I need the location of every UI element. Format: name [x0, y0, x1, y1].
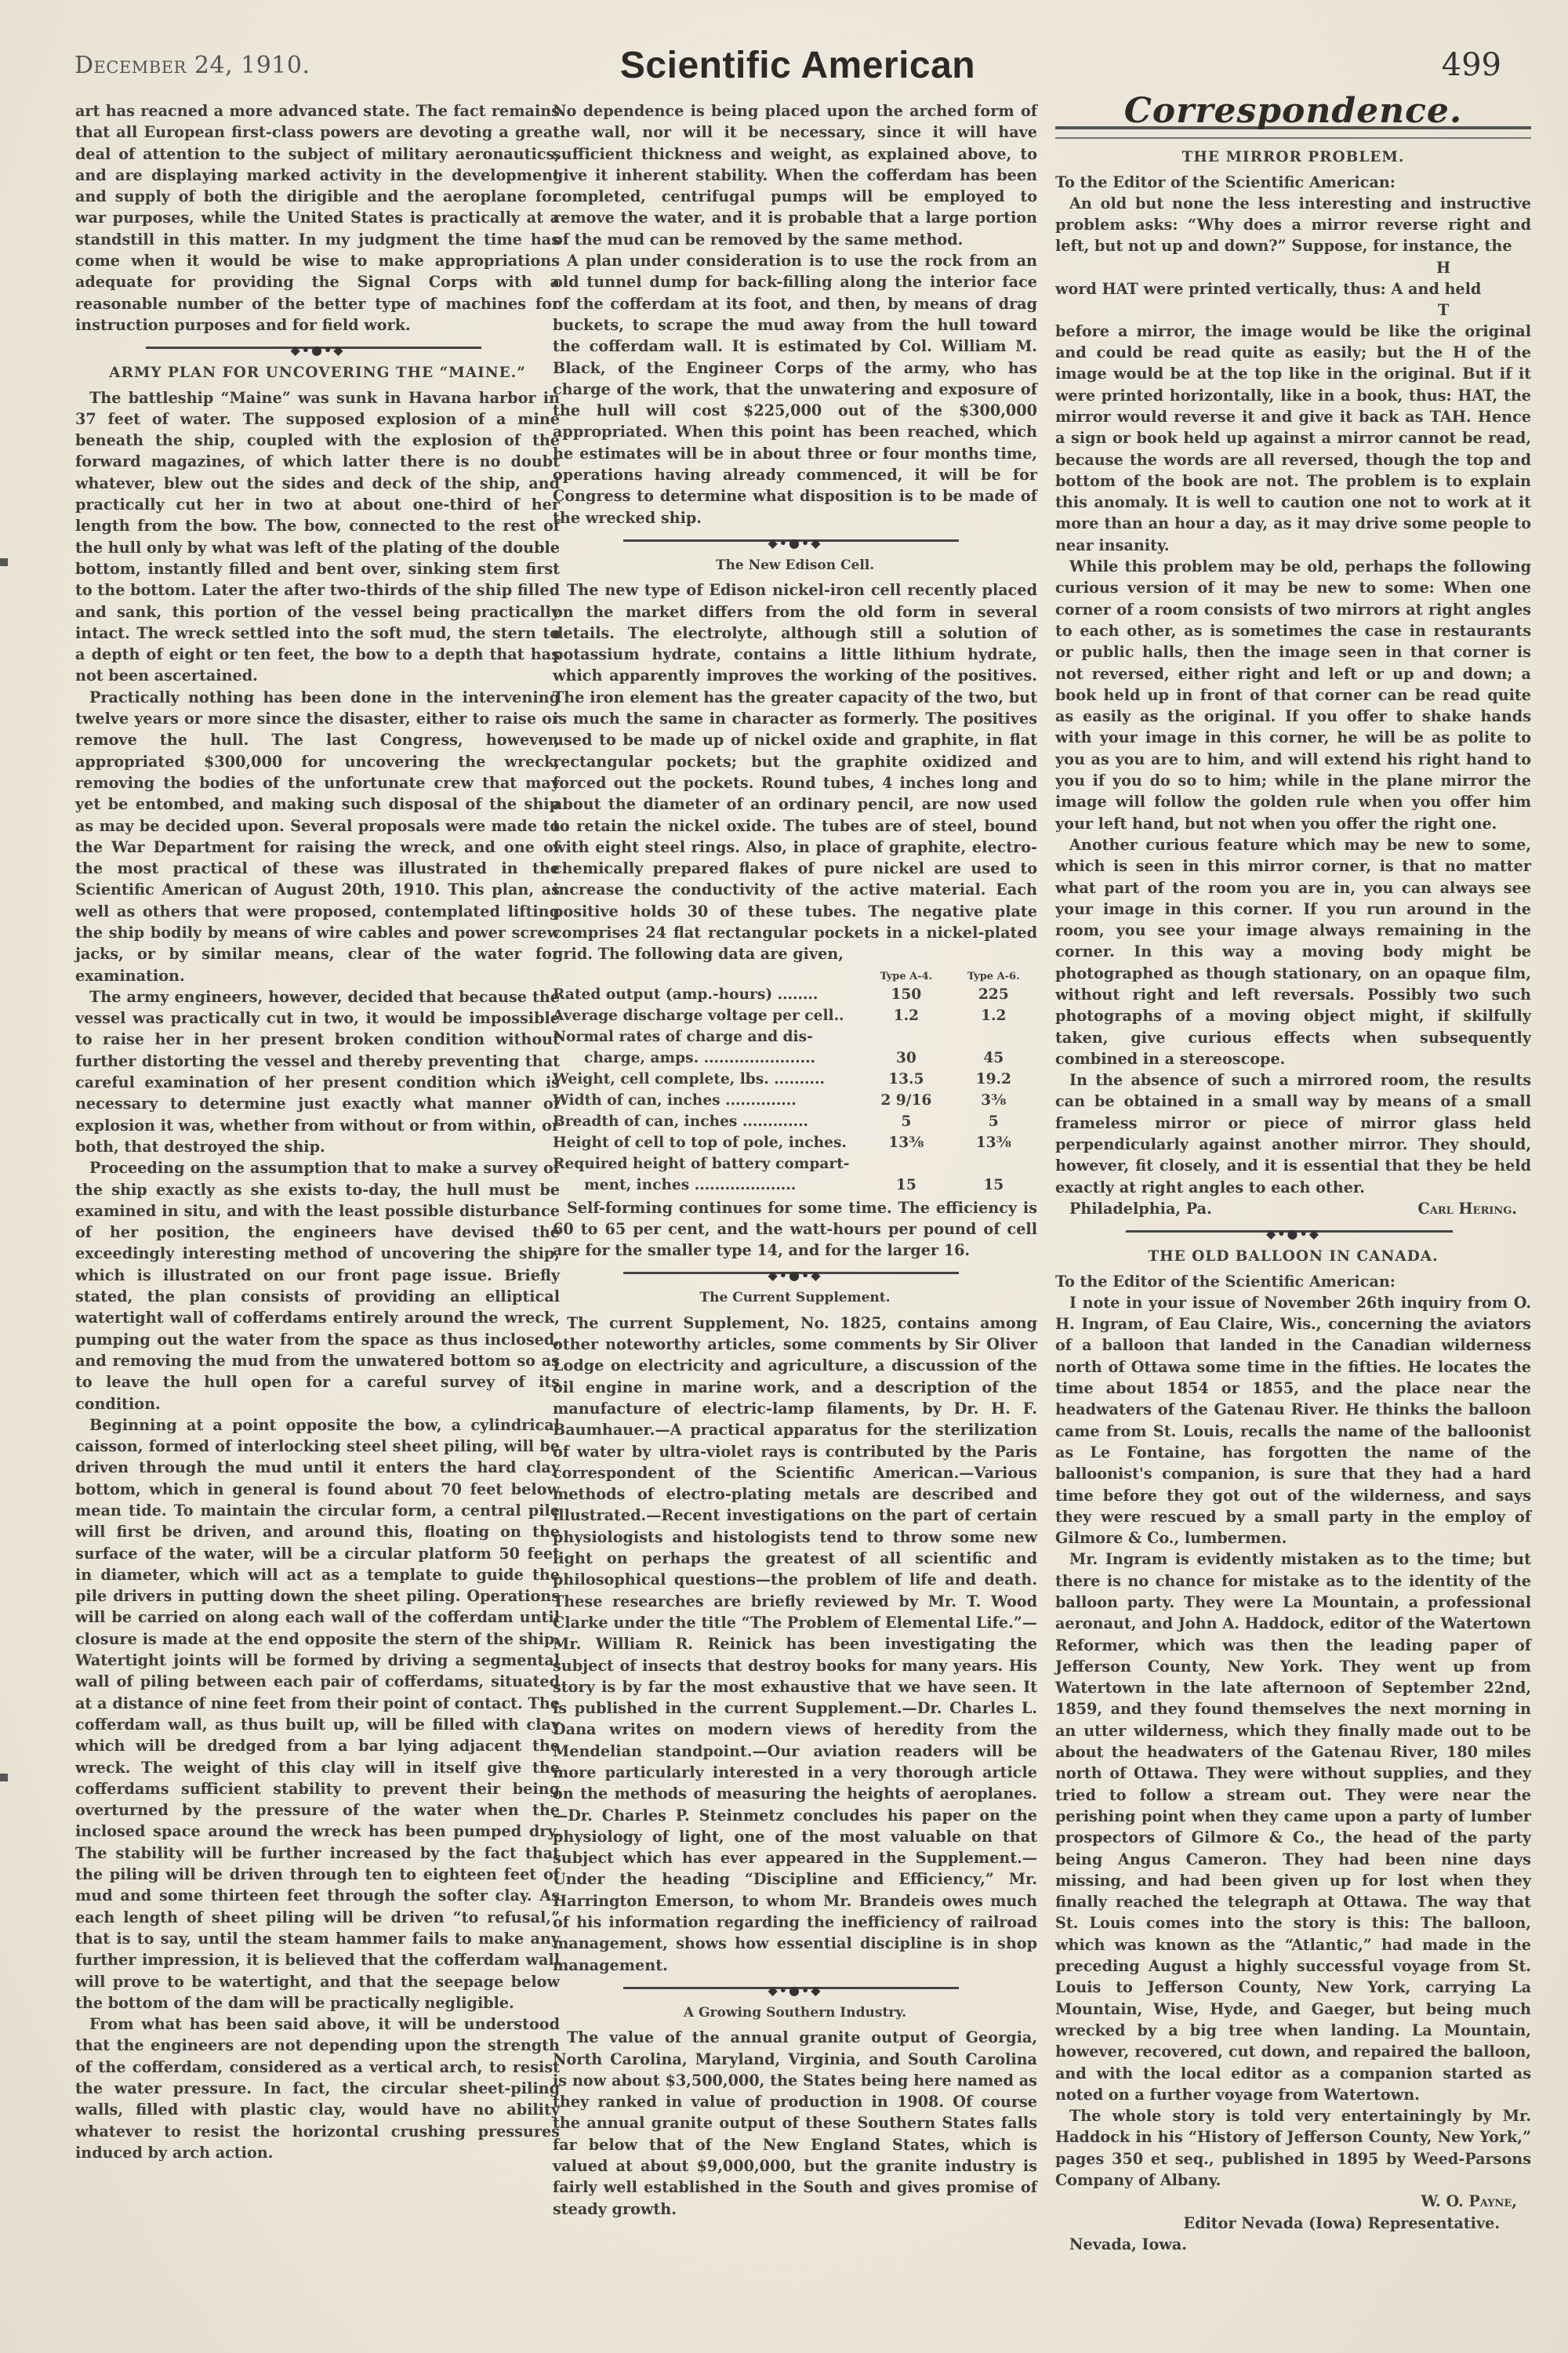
running-head: December 24, 1910. Scientific American 4… — [74, 44, 1521, 91]
cell-value: 5 — [862, 1111, 949, 1132]
hat-letter: A — [1391, 280, 1403, 298]
cell-value: 30 — [862, 1026, 949, 1069]
column-header: Type A-4. — [862, 970, 949, 984]
cell-value: 225 — [950, 984, 1037, 1005]
table-row: Average discharge voltage per cell..1.21… — [553, 1005, 1037, 1026]
row-label: Breadth of can, inches ............. — [553, 1111, 862, 1132]
cell-value: 1.2 — [862, 1005, 949, 1026]
section-title-correspondence: Correspondence. — [1055, 100, 1531, 122]
edison-cell-data-table: Type A-4. Type A-6. Rated output (amp.-h… — [553, 970, 1037, 1196]
cell-value: 150 — [862, 984, 949, 1005]
section-divider: ◆•●•◆ — [75, 339, 560, 356]
article-heading-edison: The New Edison Cell. — [553, 555, 1037, 576]
ornament-icon: ◆•●•◆ — [1266, 1223, 1320, 1244]
row-label: Rated output (amp.-hours) ........ — [553, 984, 862, 1005]
ornament-icon: ◆•●•◆ — [768, 532, 822, 554]
paragraph: Another curious feature which may be new… — [1055, 834, 1531, 1069]
signature-name: W. O. Payne, — [1421, 2191, 1518, 2212]
cell-value: 13.5 — [862, 1069, 949, 1090]
paragraph: Beginning at a point opposite the bow, a… — [75, 1414, 560, 2013]
salutation: To the Editor of the Scientific American… — [1055, 172, 1531, 193]
section-divider: ◆•●•◆ — [553, 1979, 1037, 1996]
column-3: Correspondence. THE MIRROR PROBLEM. To t… — [1055, 100, 1531, 2255]
section-divider: ◆•●•◆ — [1055, 1222, 1531, 1240]
page-number: 499 — [1442, 47, 1501, 83]
article-heading-maine: ARMY PLAN FOR UNCOVERING THE “MAINE.” — [75, 362, 560, 383]
scan-edge-mark — [0, 1774, 8, 1781]
row-label: Average discharge voltage per cell.. — [553, 1005, 862, 1026]
signature-title: Editor Nevada (Iowa) Representative. — [1055, 2213, 1531, 2234]
ornament-icon: ◆•●•◆ — [290, 340, 344, 361]
article-heading-southern-industry: A Growing Southern Industry. — [553, 2003, 1037, 2024]
letter-heading-balloon: THE OLD BALLOON IN CANADA. — [1055, 1246, 1531, 1267]
cell-value: 3⅜ — [950, 1090, 1037, 1111]
paragraph: art has reacned a more advanced state. T… — [75, 100, 560, 336]
salutation: To the Editor of the Scientific American… — [1055, 1271, 1531, 1292]
cell-value: 15 — [950, 1153, 1037, 1196]
row-label: Normal rates of charge and dis-charge, a… — [553, 1026, 862, 1069]
signature-mirror: Philadelphia, Pa. Carl Hering. — [1055, 1198, 1531, 1219]
row-label: Weight, cell complete, lbs. .......... — [553, 1069, 862, 1090]
row-label: Width of can, inches .............. — [553, 1090, 862, 1111]
section-divider: ◆•●•◆ — [553, 532, 1037, 549]
cell-value: 2 9/16 — [862, 1090, 949, 1111]
ornament-icon: ◆•●•◆ — [768, 1980, 822, 2001]
paragraph: No dependence is being placed upon the a… — [553, 100, 1037, 250]
column-1: art has reacned a more advanced state. T… — [75, 100, 560, 2163]
cell-value: 19.2 — [950, 1069, 1037, 1090]
section-divider: ◆•●•◆ — [553, 1264, 1037, 1281]
paragraph: Mr. Ingram is evidently mistaken as to t… — [1055, 1549, 1531, 2105]
paragraph: The value of the annual granite output o… — [553, 2027, 1037, 2220]
paragraph: While this problem may be old, perhaps t… — [1055, 556, 1531, 834]
signature-place: Philadelphia, Pa. — [1069, 1198, 1212, 1219]
column-2: No dependence is being placed upon the a… — [553, 100, 1037, 2220]
cell-value: 15 — [862, 1153, 949, 1196]
paragraph: A plan under consideration is to use the… — [553, 250, 1037, 528]
paragraph: An old but none the less interesting and… — [1055, 193, 1531, 257]
paragraph: In the absence of such a mirrored room, … — [1055, 1069, 1531, 1198]
cell-value: 13⅜ — [862, 1132, 949, 1153]
paragraph: Proceeding on the assumption that to mak… — [75, 1157, 560, 1414]
signature-place: Nevada, Iowa. — [1055, 2234, 1531, 2255]
publication-title: Scientific American — [74, 44, 1521, 87]
paragraph: Practically nothing has been done in the… — [75, 687, 560, 986]
table-row: Breadth of can, inches .............55 — [553, 1111, 1037, 1132]
article-heading-supplement: The Current Supplement. — [553, 1287, 1037, 1309]
paragraph: The current Supplement, No. 1825, contai… — [553, 1313, 1037, 1976]
cell-value: 45 — [950, 1026, 1037, 1069]
paragraph: Self-forming continues for some time. Th… — [553, 1197, 1037, 1262]
cell-value: 1.2 — [950, 1005, 1037, 1026]
paragraph: I note in your issue of November 26th in… — [1055, 1292, 1531, 1549]
paragraph: The battleship “Maine” was sunk in Havan… — [75, 387, 560, 687]
paragraph: From what has been said above, it will b… — [75, 2013, 560, 2163]
hat-letter: T — [1438, 300, 1449, 321]
table-row: Weight, cell complete, lbs. ..........13… — [553, 1069, 1037, 1090]
paragraph: before a mirror, the image would be like… — [1055, 321, 1531, 556]
table-row: Required height of battery compart-ment,… — [553, 1153, 1037, 1196]
cell-value: 13⅜ — [950, 1132, 1037, 1153]
letter-heading-mirror: THE MIRROR PROBLEM. — [1055, 147, 1531, 168]
row-label: Height of cell to top of pole, inches. — [553, 1132, 862, 1153]
row-label: Required height of battery compart-ment,… — [553, 1153, 862, 1196]
paragraph: The army engineers, however, decided tha… — [75, 986, 560, 1157]
table-row: Normal rates of charge and dis-charge, a… — [553, 1026, 1037, 1069]
cell-value: 5 — [950, 1111, 1037, 1132]
scan-edge-mark — [0, 558, 8, 566]
hat-letter: H — [1436, 257, 1450, 278]
hat-vertical-example: H word HAT were printed vertically, thus… — [1055, 257, 1531, 321]
signature-balloon: W. O. Payne, — [1055, 2191, 1531, 2212]
signature-name: Carl Hering. — [1417, 1198, 1517, 1219]
column-header: Type A-6. — [950, 970, 1037, 984]
paragraph: The whole story is told very entertainin… — [1055, 2105, 1531, 2191]
ornament-icon: ◆•●•◆ — [768, 1265, 822, 1286]
magazine-page: December 24, 1910. Scientific American 4… — [0, 0, 1568, 2353]
table-row: Height of cell to top of pole, inches.13… — [553, 1132, 1037, 1153]
table-row: Width of can, inches ..............2 9/1… — [553, 1090, 1037, 1111]
paragraph: The new type of Edison nickel-iron cell … — [553, 579, 1037, 964]
table-row: Rated output (amp.-hours) ........150225 — [553, 984, 1037, 1005]
